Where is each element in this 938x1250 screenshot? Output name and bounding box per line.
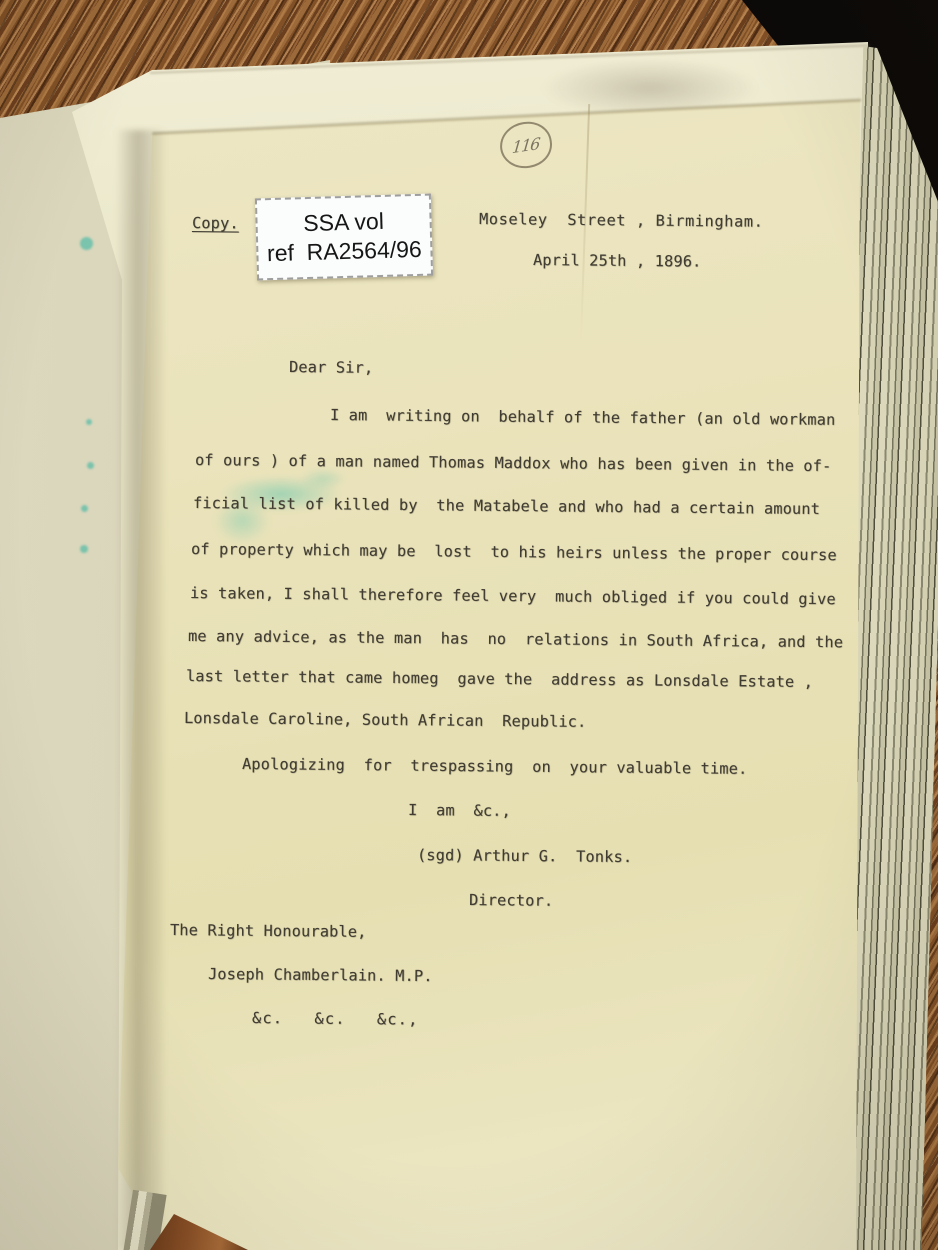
copy-annotation: Copy. xyxy=(192,213,239,233)
ink-bleed-dot xyxy=(87,462,94,469)
archive-label-line2: ref RA2564/96 xyxy=(267,235,422,269)
letter-salutation: Dear Sir, xyxy=(289,357,373,378)
letter-valediction: I am &c., xyxy=(408,800,511,821)
ink-bleed-dot xyxy=(80,545,88,553)
letter-recipient-line1: The Right Honourable, xyxy=(170,920,367,942)
archive-reference-label: SSA vol ref RA2564/96 xyxy=(255,194,433,281)
gutter-shadow xyxy=(116,130,164,1250)
letter-signature: (sgd) Arthur G. Tonks. xyxy=(417,845,632,867)
ink-bleed-dot xyxy=(81,505,88,512)
letter-body-line: Lonsdale Caroline, South African Republi… xyxy=(184,708,587,732)
archive-label-line1: SSA vol xyxy=(303,206,384,238)
archive-photo-frame: 116 Copy. SSA vol ref RA2564/96 Moseley … xyxy=(0,0,938,1250)
letter-recipient-line3: &c. &c. &c., xyxy=(252,1008,419,1030)
letter-address-line: Moseley Street , Birmingham. xyxy=(479,209,764,232)
page-number-text: 116 xyxy=(511,133,540,156)
letter-signature-title: Director. xyxy=(469,890,553,911)
ink-bleed-dot xyxy=(86,419,92,425)
letter-recipient-line2: Joseph Chamberlain. M.P. xyxy=(208,964,433,986)
ink-bleed-dot xyxy=(80,237,93,250)
letter-date-line: April 25th , 1896. xyxy=(533,250,702,272)
